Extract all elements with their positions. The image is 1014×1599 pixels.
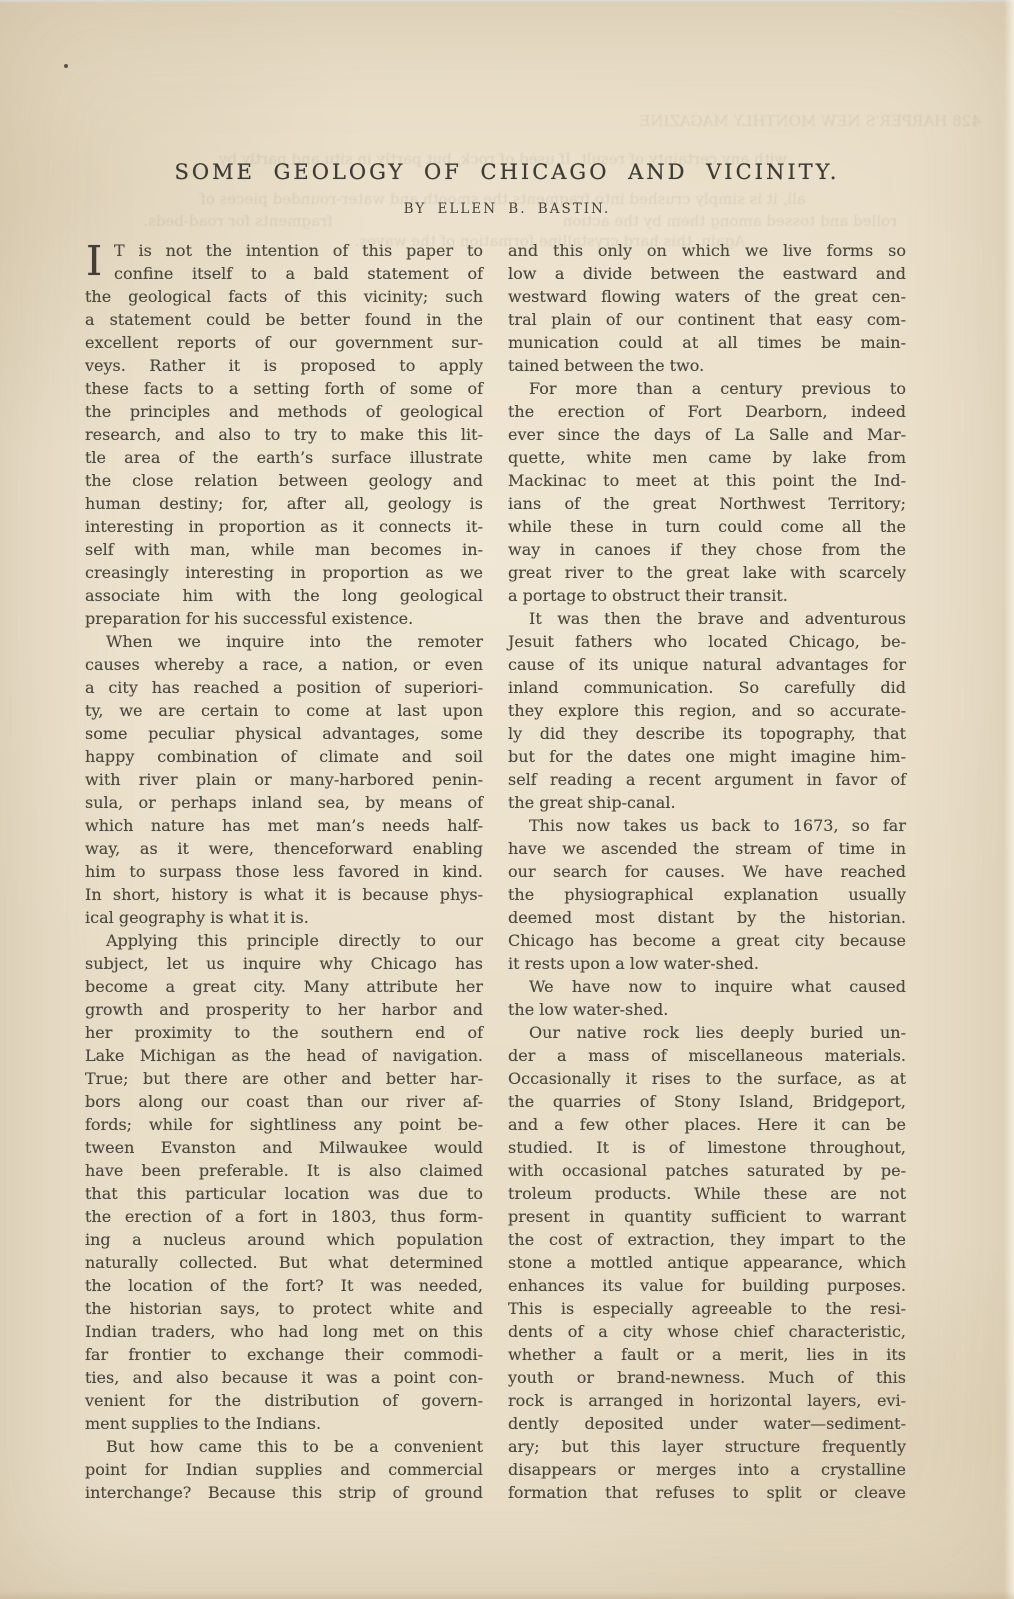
text-line: dents of a city whose chief characterist… [508, 1320, 906, 1343]
text-line: the erection of Fort Dearborn, indeed [508, 400, 906, 423]
text-line: the low water-shed. [508, 998, 906, 1021]
text-line: way, as it were, thenceforward enabling [85, 837, 483, 860]
article-byline: BY ELLEN B. BASTIN. [0, 201, 1014, 217]
text-line: troleum products. While these are not [508, 1182, 906, 1205]
paragraph: We have now to inquire what causedthe lo… [508, 975, 906, 1021]
paragraph: Our native rock lies deeply buried un-de… [508, 1021, 906, 1504]
text-line: formation that refuses to split or cleav… [508, 1481, 906, 1504]
text-line: him to surpass those less favored in kin… [85, 860, 483, 883]
text-line: tained between the two. [508, 354, 906, 377]
text-line: ty, we are certain to come at last upon [85, 699, 483, 722]
text-column-right: and this only on which we live forms sol… [508, 239, 906, 1504]
text-line: and a few other places. Here it can be [508, 1113, 906, 1136]
text-line: But how came this to be a convenient [85, 1435, 483, 1458]
text-line: present in quantity sufficient to warran… [508, 1205, 906, 1228]
page-edge-right [1004, 0, 1014, 1599]
text-line: ment supplies to the Indians. [85, 1412, 483, 1435]
text-line: inland communication. So carefully did [508, 676, 906, 699]
text-line: ing a nucleus around which population [85, 1228, 483, 1251]
text-line: rock is arranged in horizontal layers, e… [508, 1389, 906, 1412]
text-line: her proximity to the southern end of [85, 1021, 483, 1044]
text-line: whether a fault or a merit, lies in its [508, 1343, 906, 1366]
text-line: a portage to obstruct their transit. [508, 584, 906, 607]
text-line: the physiographical explanation usually [508, 883, 906, 906]
paragraph: and this only on which we live forms sol… [508, 239, 906, 377]
paragraph: IT is not the intention of this paper to… [85, 239, 483, 630]
text-line: ary; but this layer structure frequently [508, 1435, 906, 1458]
paragraph: It was then the brave and adventurousJes… [508, 607, 906, 814]
text-line: bors along our coast than our river af- [85, 1090, 483, 1113]
text-line: creasingly interesting in proportion as … [85, 561, 483, 584]
text-line: the quarries of Stony Island, Bridgeport… [508, 1090, 906, 1113]
text-line: westward flowing waters of the great cen… [508, 285, 906, 308]
text-line: tween Evanston and Milwaukee would [85, 1136, 483, 1159]
text-line: deemed most distant by the historian. [508, 906, 906, 929]
text-line: dently deposited under water—sediment- [508, 1412, 906, 1435]
text-line: some peculiar physical advantages, some [85, 722, 483, 745]
paragraph: This now takes us back to 1673, so farha… [508, 814, 906, 975]
text-line: that this particular location was due to [85, 1182, 483, 1205]
text-line: Mackinac to meet at this point the Ind- [508, 469, 906, 492]
text-line: a statement could be better found in the [85, 308, 483, 331]
text-line: youth or brand-newness. Much of this [508, 1366, 906, 1389]
text-line: When we inquire into the remoter [85, 630, 483, 653]
text-line: with occasional patches saturated by pe- [508, 1159, 906, 1182]
text-line: subject, let us inquire why Chicago has [85, 952, 483, 975]
text-line: Applying this principle directly to our [85, 929, 483, 952]
text-line: these facts to a setting forth of some o… [85, 377, 483, 400]
scan-edge-top [0, 0, 1014, 3]
text-line: the close relation between geology and [85, 469, 483, 492]
text-line: Lake Michigan as the head of navigation. [85, 1044, 483, 1067]
text-line: happy combination of climate and soil [85, 745, 483, 768]
text-line: ever since the days of La Salle and Mar- [508, 423, 906, 446]
text-line: tral plain of our continent that easy co… [508, 308, 906, 331]
text-line: confine itself to a bald statement of [85, 262, 483, 285]
text-line: We have now to inquire what caused [508, 975, 906, 998]
text-line: der a mass of miscellaneous materials. [508, 1044, 906, 1067]
text-line: but for the dates one might imagine him- [508, 745, 906, 768]
article-title: SOME GEOLOGY OF CHICAGO AND VICINITY. [0, 160, 1014, 184]
text-line: self reading a recent argument in favor … [508, 768, 906, 791]
text-line: munication could at all times be main- [508, 331, 906, 354]
text-line: ical geography is what it is. [85, 906, 483, 929]
text-line: the cost of extraction, they impart to t… [508, 1228, 906, 1251]
text-line: human destiny; for, after all, geology i… [85, 492, 483, 515]
text-line: quette, white men came by lake from [508, 446, 906, 469]
paragraph: But how came this to be a convenientpoin… [85, 1435, 483, 1504]
text-line: the great ship-canal. [508, 791, 906, 814]
text-line: the historian says, to protect white and [85, 1297, 483, 1320]
text-line: T is not the intention of this paper to [85, 239, 483, 262]
text-line: Our native rock lies deeply buried un- [508, 1021, 906, 1044]
text-line: they explore this region, and so accurat… [508, 699, 906, 722]
text-line: have we ascended the stream of time in [508, 837, 906, 860]
text-line: sula, or perhaps inland sea, by means of [85, 791, 483, 814]
text-line: fords; while for sightliness any point b… [85, 1113, 483, 1136]
text-line: excellent reports of our government sur- [85, 331, 483, 354]
text-line: growth and prosperity to her harbor and [85, 998, 483, 1021]
text-line: True; but there are other and better har… [85, 1067, 483, 1090]
text-line: a city has reached a position of superio… [85, 676, 483, 699]
text-line: it rests upon a low water-shed. [508, 952, 906, 975]
text-line: while these in turn could come all the [508, 515, 906, 538]
text-line: This now takes us back to 1673, so far [508, 814, 906, 837]
text-line: become a great city. Many attribute her [85, 975, 483, 998]
drop-cap: I [86, 240, 102, 283]
text-line: the erection of a fort in 1803, thus for… [85, 1205, 483, 1228]
text-line: self with man, while man becomes in- [85, 538, 483, 561]
text-line: great river to the great lake with scarc… [508, 561, 906, 584]
text-line: interchange? Because this strip of groun… [85, 1481, 483, 1504]
text-line: Occasionally it rises to the surface, as… [508, 1067, 906, 1090]
text-line: our search for causes. We have reached [508, 860, 906, 883]
text-line: In short, history is what it is because … [85, 883, 483, 906]
text-line: interesting in proportion as it connects… [85, 515, 483, 538]
text-line: disappears or merges into a crystalline [508, 1458, 906, 1481]
text-line: This is especially agreeable to the resi… [508, 1297, 906, 1320]
scanned-page: 428 HARPER'S NEW MONTHLY MAGAZINEwith an… [0, 0, 1014, 1599]
text-line: far frontier to exchange their commodi- [85, 1343, 483, 1366]
text-line: venient for the distribution of govern- [85, 1389, 483, 1412]
paragraph: When we inquire into the remotercauses w… [85, 630, 483, 929]
text-line: have been preferable. It is also claimed [85, 1159, 483, 1182]
text-line: associate him with the long geological [85, 584, 483, 607]
text-line: Chicago has become a great city because [508, 929, 906, 952]
text-line: which nature has met man’s needs half- [85, 814, 483, 837]
text-line: enhances its value for building purposes… [508, 1274, 906, 1297]
text-line: and this only on which we live forms so [508, 239, 906, 262]
ink-speck [64, 64, 68, 68]
page-edge-bottom [0, 1591, 1014, 1599]
text-line: way in canoes if they chose from the [508, 538, 906, 561]
text-line: cause of its unique natural advantages f… [508, 653, 906, 676]
text-line: the principles and methods of geological [85, 400, 483, 423]
text-line: preparation for his successful existence… [85, 607, 483, 630]
text-line: causes whereby a race, a nation, or even [85, 653, 483, 676]
text-line: stone a mottled antique appearance, whic… [508, 1251, 906, 1274]
text-line: veys. Rather it is proposed to apply [85, 354, 483, 377]
text-column-left: IT is not the intention of this paper to… [85, 239, 483, 1504]
text-line: ties, and also because it was a point co… [85, 1366, 483, 1389]
text-line: ians of the great Northwest Territory; [508, 492, 906, 515]
text-line: naturally collected. But what determined [85, 1251, 483, 1274]
text-line: research, and also to try to make this l… [85, 423, 483, 446]
text-line: the location of the fort? It was needed, [85, 1274, 483, 1297]
text-line: Jesuit fathers who located Chicago, be- [508, 630, 906, 653]
text-line: Indian traders, who had long met on this [85, 1320, 483, 1343]
bleed-through-text: 428 HARPER'S NEW MONTHLY MAGAZINE [630, 112, 990, 130]
text-line: tle area of the earth’s surface illustra… [85, 446, 483, 469]
text-line: the geological facts of this vicinity; s… [85, 285, 483, 308]
text-line: ly did they describe its topography, tha… [508, 722, 906, 745]
text-line: point for Indian supplies and commercial [85, 1458, 483, 1481]
text-line: studied. It is of limestone throughout, [508, 1136, 906, 1159]
paragraph: Applying this principle directly to ours… [85, 929, 483, 1435]
text-line: It was then the brave and adventurous [508, 607, 906, 630]
text-line: with river plain or many-harbored penin- [85, 768, 483, 791]
text-line: For more than a century previous to [508, 377, 906, 400]
paragraph: For more than a century previous tothe e… [508, 377, 906, 607]
text-line: low a divide between the eastward and [508, 262, 906, 285]
